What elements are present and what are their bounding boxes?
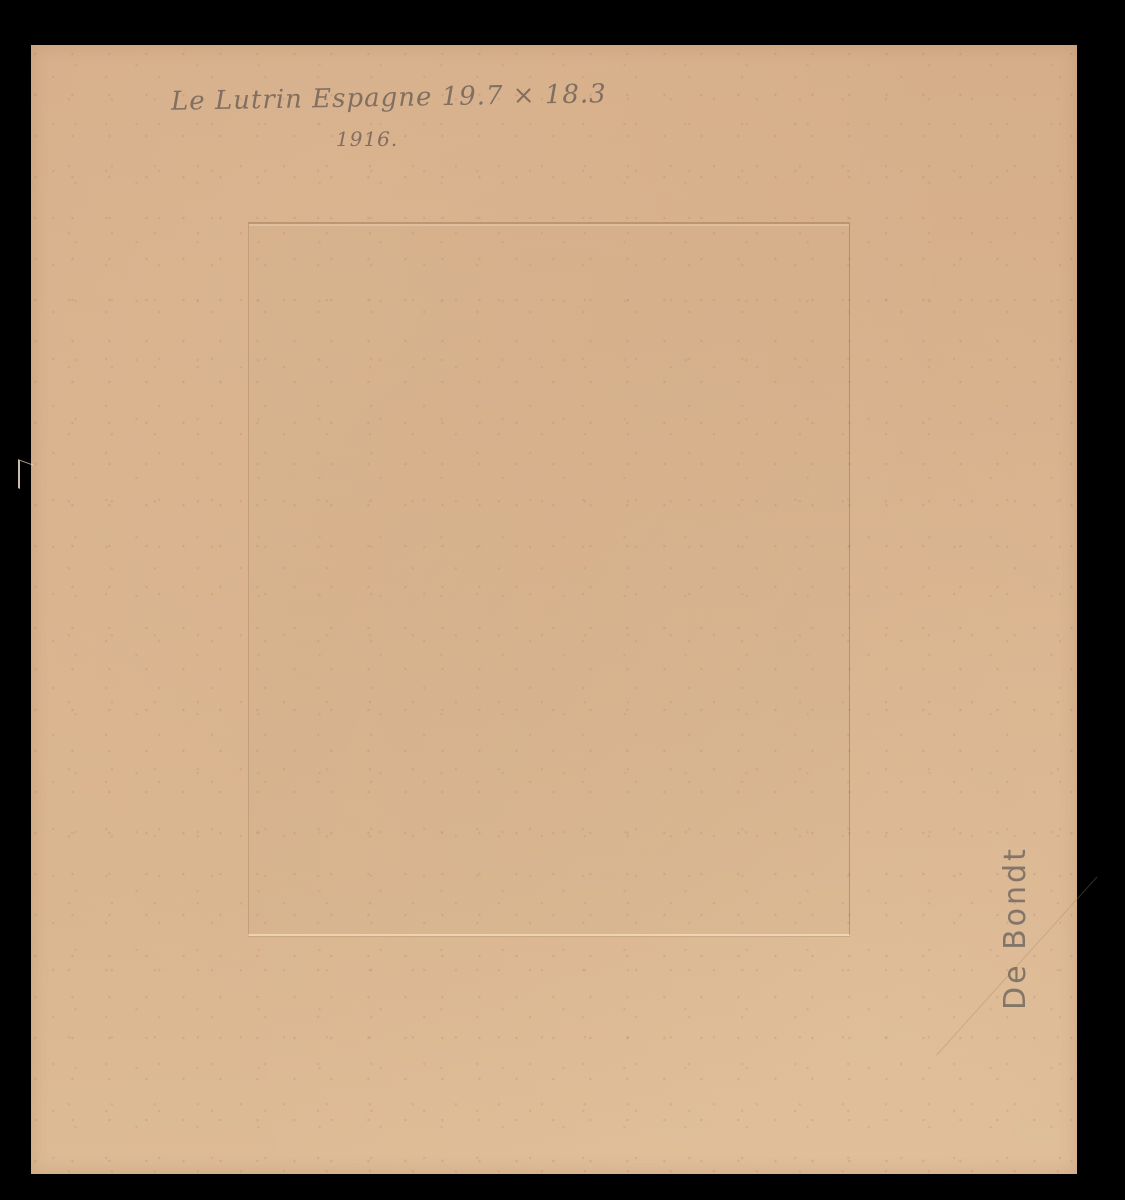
photo-stage: Le Lutrin Espagne 19.7 × 18.3 1916. De B… <box>0 0 1125 1200</box>
plate-mark <box>248 222 850 936</box>
pencil-inscription-year: 1916. <box>336 127 398 151</box>
paper-sheet: Le Lutrin Espagne 19.7 × 18.3 1916. <box>31 45 1077 1174</box>
pencil-signature: De Bondt <box>998 846 1033 1010</box>
torn-edge-tab <box>18 459 34 494</box>
